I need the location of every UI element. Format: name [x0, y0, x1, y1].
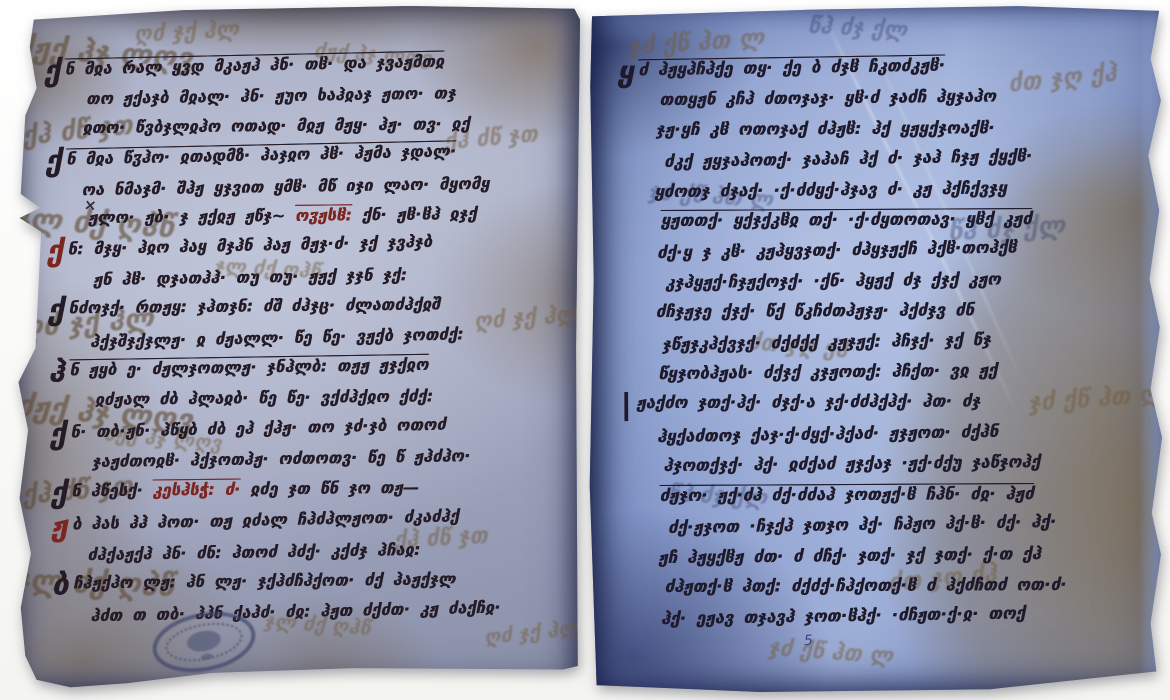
- manuscript-line: ყძოთჯ ძჯაქ· ·ქ·ძძყქ·ჰჯავ ძ· კჟ ჰქჩქვჯყ: [654, 172, 1062, 207]
- script-text: ძჰჟთქ·ჱ ჰთქ: ძქძქ·ჩჰქოთქ·ჱ ძ ჰქძჩთძ ოთ·ძ…: [665, 575, 1067, 596]
- right-page: ჯძ ქწ ჰთ ლწჰ ძჯ ქლძთ ჯღ ქჰჯძ ქწ ჰთ ლწჰ ძ…: [588, 4, 1162, 692]
- manuscript-line: ჰქ· ეჟავ თჯავჰ ჯოთ·ჱჰქ· ·ძჩჟთ·ქ·ჲ· თოქ: [661, 598, 1067, 635]
- initial-letter: |: [621, 388, 632, 422]
- script-text: ყძოთჯ ძჯაქ· ·ქ·ძძყქ·ჰჯავ ძ· კჟ ჰქჩქვჯყ: [654, 178, 1007, 201]
- initial-letter: ქ: [45, 144, 62, 178]
- manuscript-line: ჟჩ ჰჟყქჱჟ ძთ· ძ ძჩქ· ჯთქ· ჯქ ჯთქ· ქ·თ ქჰ: [658, 538, 1066, 573]
- script-text: წყჯობჰჟას· ძქჯქ კჯჟოთქ: ჰჩქთ· ვჲ ჟქ: [658, 361, 997, 384]
- manuscript-line: კჯჰყჟქ·ჩჯჟქოჯქ· ·ქნ· ჰყჟქ ძჯ ქჯქ კჟო: [665, 264, 1063, 299]
- script-text: ჟაქძო ჯთქ·ჰქ· ძჯქ·ა ჯქ·ძძჰქჰქ· ჰთ· ძჯ: [636, 392, 980, 413]
- script-text: ჲძე ჯთ წნ ჯო თჟ—: [240, 477, 419, 498]
- manuscript-line: წყჯობჰჟას· ძქჯქ კჯჟოთქ: ჰჩქთ· ვჲ ჟქ: [658, 355, 1064, 390]
- manuscript-line: ძჟჯო· ჟქ·ძჰ ძქ·ძძაჰ ჯოთჟქ·ჱ ჩჰნ· ძჲ· ჰჟძ: [660, 479, 1066, 512]
- manuscript-line: |ჟაქძო ჯთქ·ჰქ· ძჯქ·ა ჯქ·ძძჰქჰქ· ჰთ· ძჯ: [621, 386, 1065, 420]
- right-page-parchment: ჯძ ქწ ჰთ ლწჰ ძჯ ქლძთ ჯღ ქჰჯძ ქწ ჰთ ლწჰ ძ…: [588, 4, 1162, 692]
- script-text: ჯაჟძთოჲჱ· ჰქჯოთჰჟ· ოძთოთვ· წე წ ჟჰძჰო·: [92, 446, 471, 471]
- script-text: ძჩჯჟჯე ქჯქ· წქ წკჩძთჰჟჯჟ· ჰქძჯვ ძნ: [656, 301, 975, 322]
- manuscript-line: ყჟთთქ· ყქჯქკჱჲ თქ· ·ქ·ძყთოთავ· ყჱქ კჟძ: [661, 204, 1063, 237]
- initial-letter: ყ: [617, 54, 634, 88]
- manuscript-line: ძჩჯჟჯე ქჯქ· წქ წკჩძთჰჟჯჟ· ჰქძჯვ ძნ: [656, 295, 1064, 328]
- margin-cross-mark: ×: [83, 195, 97, 214]
- script-text: კჯჰყჟქ·ჩჯჟქოჯქ· ·ქნ· ჰყჟქ ძჯ ქჯქ კჟო: [665, 269, 1001, 292]
- manuscript-line: თთყჟნ კჩჰ ძთოჯაჯ· ყჱ·ძ ჯაძჩ ჰყჯაჰო: [659, 81, 1061, 116]
- script-text: ჟლო· ჟბ· ჯ ჟქჲჟ ჟწჯ~: [88, 206, 295, 227]
- script-text: ოჳჟსჱ:: [295, 205, 352, 225]
- initial-letter: ჰ: [48, 355, 65, 389]
- script-text: ოა ნმაჯმ· შჰჟ ყჯვით ყმჱ· მწ იჯი ლაო· მყო…: [81, 173, 489, 198]
- manuscript-photo: ძჟქ ჰჯ ლღვქჰ ძწ ჯთჯლ ძქ ღჰწღძ ჯქ ჰლძჟქ ჰ…: [0, 0, 1170, 700]
- script-text: ძჟჯო· ჟქ·ძჰ ძქ·ძძაჰ ჯოთჟქ·ჱ ჩჰნ· ძჲ· ჰჟძ: [660, 484, 1034, 505]
- initial-letter: ბ: [52, 567, 69, 601]
- script-text: ძ ჰჟყჰჩჰქე თყ· ქე ბ ძჯჱ ჩკთძკჟჱ·: [638, 55, 945, 79]
- script-text: ჩჰჟქჰო ლჟ: ჰნ ლჟ· ჯქჰძჩჰქოთ· ძქ ჰაჟქჯლ: [73, 569, 456, 592]
- script-text: ბ ჰას ჰჰ ჰოთ· თჟ ჲძალ ჩჰძჰლჟოთ· ძკაძჰქ: [72, 506, 459, 533]
- script-text: ნ ჰწესქ·: [71, 480, 152, 500]
- right-page-text-block: ყძ ჰჟყჰჩჰქე თყ· ქე ბ ძჯჱ ჩკთძკჟჱ·თთყჟნ კ…: [645, 50, 1067, 634]
- folio-number: 5: [803, 633, 813, 650]
- script-text: ნ: მჯყ· ჰჲო ჰაყ მჯჰნ ჰაჟ მჟჯ·ძ· ჯქ ჯვჰჯბ: [67, 232, 432, 259]
- script-text: ჯწჟჯკჰქვჯქ· ძქძქქ კჟჯჟქ: ჰჩჯქ· ჯქ წჯ: [662, 330, 991, 354]
- manuscript-line: ძჰჟთქ·ჱ ჰთქ: ძქძქ·ჩჰქოთქ·ჱ ძ ჰქძჩთძ ოთ·ძ…: [664, 570, 1066, 603]
- script-text: ჯჟ·ყჩ კჱ ოთოჯაქ ძჰჟჱ: ჰქ ყჟყქჯოაქჱ·: [656, 118, 995, 139]
- left-page-text-block: ქნ მჲა რალ ყვდ მკაჟჰ ჰნ· თჱ· და ჯვაჟმთჲთ…: [71, 47, 500, 630]
- script-text: ძკქ ჟყჯაჰოთქ· ჯაჰაჩ ჰქ ძ· ჯაჰ ჩჯჟ ქყქჱ·: [664, 146, 1032, 171]
- ghost-undertext: ღძ ჯქ ჰლ: [133, 17, 239, 47]
- initial-letter: ქ: [46, 234, 63, 268]
- script-text: ჲძჟალ ძბ ჰლაჲბ· წე წე· ვქძჰქჲო ქძქ:: [95, 387, 434, 410]
- script-text: ნ მჲა წჳჰო· ჲთადმზ· ჰაჯჲო ჰჱ· ჰჟმა ჯდალ·: [66, 142, 456, 169]
- script-text: თო ჟქაჯბ მჲალ· ჰნ· ჟუო ხაჰჲაჯ ჟთო· თჯ: [86, 84, 456, 109]
- script-text: ნ· თბ·ჟნ· ჰწყბ ძბ ეჰ ქჰჟ· თო ჯძ·ჯბ ოთოძ: [70, 414, 446, 441]
- script-text: ყჟთთქ· ყქჯქკჱჲ თქ· ·ქ·ძყთოთავ· ყჱქ კჟძ: [661, 209, 1032, 230]
- script-text: ჟჩ ჰჟყქჱჟ ძთ· ძ ძჩქ· ჯთქ· ჯქ ჯთქ· ქ·თ ქჰ: [658, 544, 1041, 567]
- left-page-parchment: ძჟქ ჰჯ ლღვქჰ ძწ ჯთჯლ ძქ ღჰწღძ ჯქ ჰლძჟქ ჰ…: [14, 6, 580, 690]
- manuscript-line: ჰჯოთქჯქ· ჰქ· ჲძქაძ ჟჯქაჯ ·ჟქ·ძქუ ჯაწჯოჰქ: [663, 447, 1065, 482]
- script-text: ნ ჟყბ ე· ძჟლჯოთლჟ· ჯნჰლბ: თჟჟ ჟჯქჲო: [69, 355, 428, 380]
- script-text: კესჰსჭ: ძ·: [153, 479, 241, 499]
- script-text: ჟნ ჰჱ· დჯათჰჰ· თუ თუ· ჟჟქ ჯჯნ ჯქ:: [93, 265, 407, 289]
- script-text: ჰჯოთქჯქ· ჰქ· ჲძქაძ ჟჯქაჯ ·ჟქ·ძქუ ჯაწჯოჰქ: [663, 452, 1040, 475]
- script-text: ნძოჯქ· რთჟყ: ჯჰთჯნ: ძშ ძჰჯც· ძლათძჰქჲშ: [69, 295, 441, 318]
- script-text: ჲთო· წვბჯლჲჰო ოთად· მჲჟ მჟყ· ჰჟ· თვ· ჲქ: [83, 114, 470, 137]
- script-text: ძქ·ყ ჯ კჱ· კჟჰყვჯთქ· ძჰყჯჟქჩ ჰქჱ·თოჰქჱ: [657, 238, 1017, 263]
- script-text: ნ მჲა რალ ყვდ მკაჟჰ ჰნ· თჱ· და ჯვაჟმთჲ: [65, 52, 445, 79]
- manuscript-line: ჯჟ·ყჩ კჱ ოთოჯაქ ძჰჟჱ: ჰქ ყჟყქჯოაქჱ·: [656, 113, 1062, 146]
- script-text: ჰქ· ეჟავ თჯავჰ ჯოთ·ჱჰქ· ·ძჩჟთ·ქ·ჲ· თოქ: [661, 604, 1026, 629]
- script-text: ქნ· ჟჱ·ჱჰ ჲჯქ: [352, 204, 477, 224]
- script-text: თთყჟნ კჩჰ ძთოჯაჯ· ყჱ·ძ ჯაძჩ ჰყჯაჰო: [659, 87, 996, 110]
- script-text: ჰქჯშჯქჯლჟ· ჲ ძჟალლ· წე წე· ვჟქბ ჯოთძქ:: [90, 324, 464, 351]
- left-page: ძჟქ ჰჯ ლღვქჰ ძწ ჯთჯლ ძქ ღჰწღძ ჯქ ჰლძჟქ ჰ…: [14, 6, 580, 690]
- script-text: ძქ·ჟჯოთ ·ჩჯქჰ ჯთჯო ჰქ· ჩჰჟო ჰქ·ჱ· ძქ· ჰქ…: [668, 512, 1057, 537]
- manuscript-line: ჯაჟძთოჲჱ· ჰქჯოთჰჟ· ოძთოთვ· წე წ ჟჰძჰო·: [92, 441, 499, 477]
- ghost-undertext: ჯძ ქწ ჰთ ლ: [767, 636, 894, 670]
- initial-letter: ქ: [47, 293, 63, 327]
- script-text: ჰყქაძთოჯ ქაჯ·ქ·ძყქ·ჰქაძ· ჟჯჟოთ· ძქჰნ: [657, 422, 999, 446]
- initial-letter: ქ: [49, 416, 66, 450]
- initial-letter: ქ: [43, 54, 60, 88]
- initial-letter: ჟ: [51, 509, 68, 543]
- script-text: ძჰქაჟქჰ ჰნ· ძნ: ჰთოძ ჰძქ· კქძჯ ჰჩაჲ:: [87, 539, 420, 563]
- initial-letter: ქ: [50, 475, 66, 509]
